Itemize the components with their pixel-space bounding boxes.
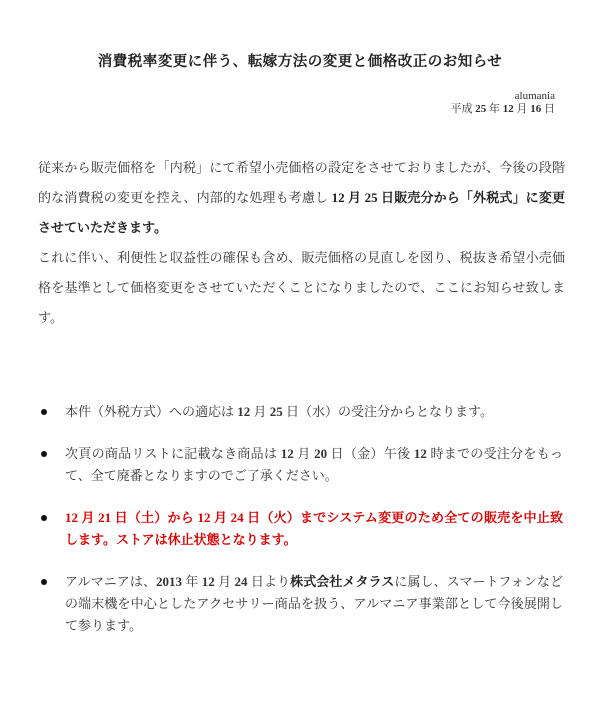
bullet-circle-icon <box>41 507 65 551</box>
bullet-item-store-suspension: 12 月 21 日（土）から 12 月 24 日（火）までシステム変更のため全て… <box>41 507 563 551</box>
body-text: 従来から販売価格を「内税」にて希望小売価格の設定をさせておりましたが、今後の段階… <box>38 153 565 333</box>
paragraph-notice: これに伴い、利便性と収益性の確保も含め、販売価格の見直しを図り、税抜き希望小売価… <box>38 243 565 333</box>
bullet-text-warning: 12 月 21 日（土）から 12 月 24 日（火）までシステム変更のため全て… <box>65 507 563 551</box>
bullet-text: アルマニアは、2013 年 12 月 24 日より株式会社メタラスに属し、スマー… <box>65 571 563 637</box>
document-meta: alumania 平成 25 年 12 月 16 日 <box>0 90 555 116</box>
company-name: alumania <box>0 90 555 103</box>
notice-bullet-list: 本件（外税方式）への適応は 12 月 25 日（水）の受注分からとなります。 次… <box>0 401 600 637</box>
document-title: 消費税率変更に伴う、転嫁方法の変更と価格改正のお知らせ <box>0 0 600 72</box>
bullet-text: 次頁の商品リストに記載なき商品は 12 月 20 日（金）午後 12 時までの受… <box>65 443 563 487</box>
bullet-circle-icon <box>41 401 65 423</box>
bullet-circle-icon <box>41 443 65 487</box>
document-date: 平成 25 年 12 月 16 日 <box>0 103 555 116</box>
bullet-text-company-bold: 株式会社メタラス <box>290 574 394 589</box>
bullet-item-company-transfer: アルマニアは、2013 年 12 月 24 日より株式会社メタラスに属し、スマー… <box>41 571 563 637</box>
bullet-item-application-date: 本件（外税方式）への適応は 12 月 25 日（水）の受注分からとなります。 <box>41 401 563 423</box>
bullet-item-discontinued-products: 次頁の商品リストに記載なき商品は 12 月 20 日（金）午後 12 時までの受… <box>41 443 563 487</box>
paragraph-intro: 従来から販売価格を「内税」にて希望小売価格の設定をさせておりましたが、今後の段階… <box>38 153 565 243</box>
bullet-text-before: アルマニアは、2013 年 12 月 24 日より <box>65 574 290 589</box>
bullet-circle-icon <box>41 571 65 637</box>
bullet-text: 本件（外税方式）への適応は 12 月 25 日（水）の受注分からとなります。 <box>65 401 563 423</box>
document-page: 消費税率変更に伴う、転嫁方法の変更と価格改正のお知らせ alumania 平成 … <box>0 0 600 717</box>
